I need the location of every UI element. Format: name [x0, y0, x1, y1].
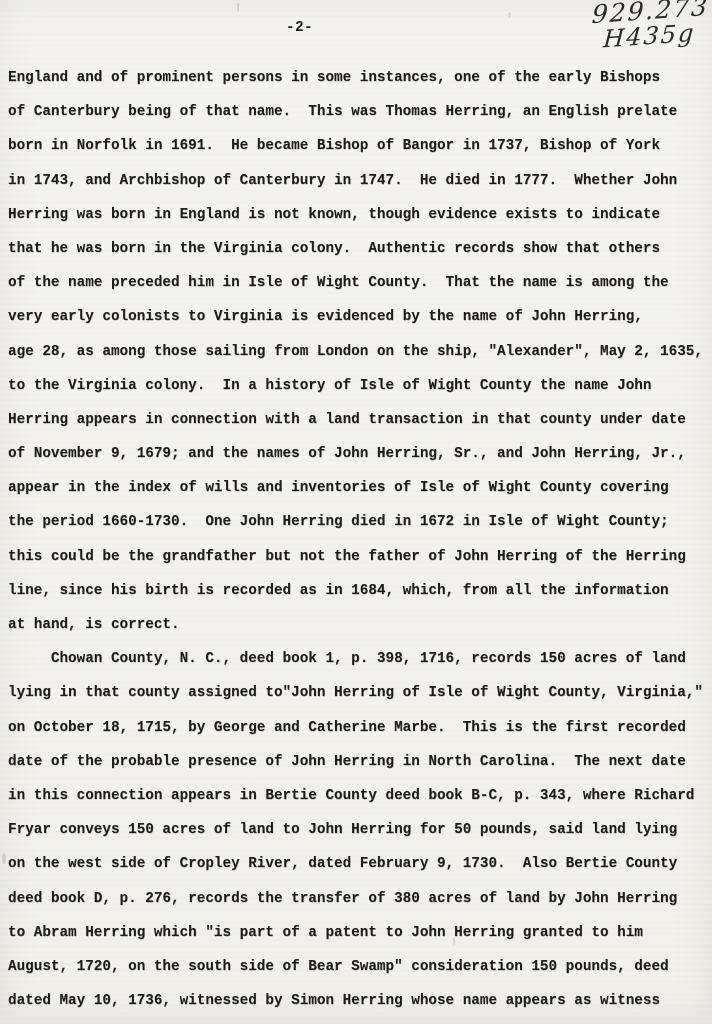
text-line: on the west side of Cropley River, dated… — [8, 847, 712, 881]
text-line: to the Virginia colony. In a history of … — [8, 369, 712, 403]
text-line: in this connection appears in Bertie Cou… — [8, 779, 712, 813]
text-line: in 1743, and Archbishop of Canterbury in… — [8, 164, 712, 198]
text-line: Herring was born in England is not known… — [8, 198, 712, 232]
text-line: born in Norfolk in 1691. He became Bisho… — [8, 129, 712, 163]
scanned-page: 929.273 H435g -2- England and of promine… — [0, 0, 712, 1024]
text-line: very early colonists to Virginia is evid… — [8, 300, 712, 334]
text-line: appear in the index of wills and invento… — [8, 471, 712, 505]
scan-speck — [237, 3, 239, 12]
text-line: dated May 10, 1736, witnessed by Simon H… — [8, 984, 712, 1018]
text-line: deed book D, p. 276, records the transfe… — [8, 882, 712, 916]
paragraph: England and of prominent persons in some… — [8, 61, 712, 642]
text-line: line, since his birth is recorded as in … — [8, 574, 712, 608]
text-line: August, 1720, on the south side of Bear … — [8, 950, 712, 984]
text-line: of Canterbury being of that name. This w… — [8, 95, 712, 129]
text-line: to Abram Herring which "is part of a pat… — [8, 916, 712, 950]
text-line: England and of prominent persons in some… — [8, 61, 712, 95]
document-body: England and of prominent persons in some… — [8, 61, 712, 1018]
text-line: Chowan County, N. C., deed book 1, p. 39… — [8, 642, 712, 676]
text-line: Fryar conveys 150 acres of land to John … — [8, 813, 712, 847]
text-line: age 28, as among those sailing from Lond… — [8, 335, 712, 369]
scan-speck — [453, 937, 455, 945]
text-line: on October 18, 1715, by George and Cathe… — [8, 711, 712, 745]
text-line: that he was born in the Virginia colony.… — [8, 232, 712, 266]
text-line: the period 1660-1730. One John Herring d… — [8, 505, 712, 539]
page-number: -2- — [286, 20, 313, 36]
scan-speck — [2, 853, 6, 864]
text-line: at hand, is correct. — [8, 608, 712, 642]
handwritten-call-number: 929.273 H435g — [589, 0, 710, 52]
text-line: date of the probable presence of John He… — [8, 745, 712, 779]
text-line: this could be the grandfather but not th… — [8, 540, 712, 574]
text-line: of the name preceded him in Isle of Wigh… — [8, 266, 712, 300]
paragraph: Chowan County, N. C., deed book 1, p. 39… — [8, 642, 712, 1018]
text-line: of November 9, 1679; and the names of Jo… — [8, 437, 712, 471]
text-line: lying in that county assigned to"John He… — [8, 676, 712, 710]
text-line: Herring appears in connection with a lan… — [8, 403, 712, 437]
scan-speck — [508, 12, 511, 18]
handwritten-call-number-line2: H435g — [589, 21, 696, 53]
